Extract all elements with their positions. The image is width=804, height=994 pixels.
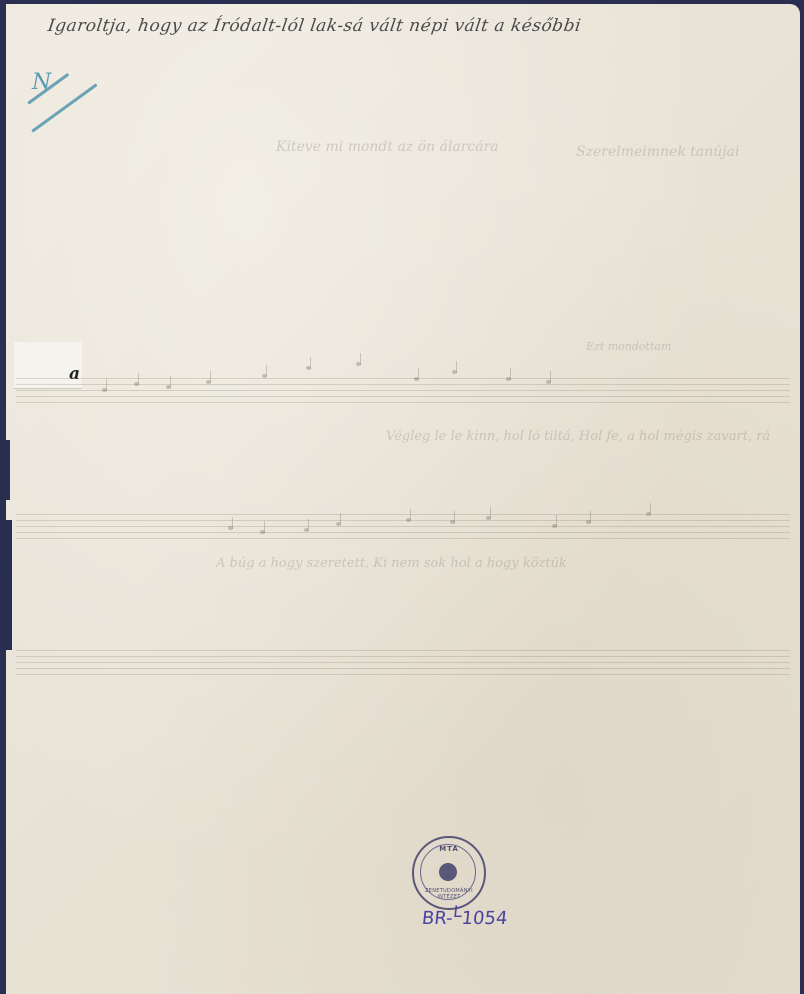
institute-stamp: MTA ZENETUDOMÁNYI INTÉZET — [412, 836, 486, 910]
ghost-text-left: Szerelmeimnek tanújai — [576, 144, 739, 160]
staff-1 — [16, 378, 790, 404]
torn-edge — [0, 440, 10, 500]
ghost-lyric-2: A búg a hogy szeretett, Ki nem sok hol a… — [216, 556, 567, 571]
shelfmark-superscript: L — [452, 902, 463, 921]
staff-2 — [16, 514, 790, 540]
ghost-text-right: Kiteve mi mondt az ön álarcára — [276, 139, 499, 155]
coat-of-arms-icon — [439, 863, 457, 881]
ghost-lyric-1: Végleg le le kinn, hol ló tiltá, Hol fe,… — [386, 429, 770, 444]
ghost-text-line3: Ezt mondottam — [586, 340, 671, 353]
shelfmark-prefix: BR- — [421, 908, 454, 929]
shelfmark: BR-L1054 — [421, 908, 509, 929]
staff-3 — [16, 650, 790, 676]
stamp-bottom-text: ZENETUDOMÁNYI INTÉZET — [414, 888, 484, 900]
shelfmark-number: 1054 — [460, 908, 508, 929]
torn-edge — [0, 520, 12, 650]
manuscript-page: Igaroltja, hogy az Íródalt-lól lak-sá vá… — [6, 4, 800, 994]
stamp-top-text: MTA — [414, 845, 484, 853]
pencil-heading: Igaroltja, hogy az Íródalt-lól lak-sá vá… — [47, 16, 583, 36]
